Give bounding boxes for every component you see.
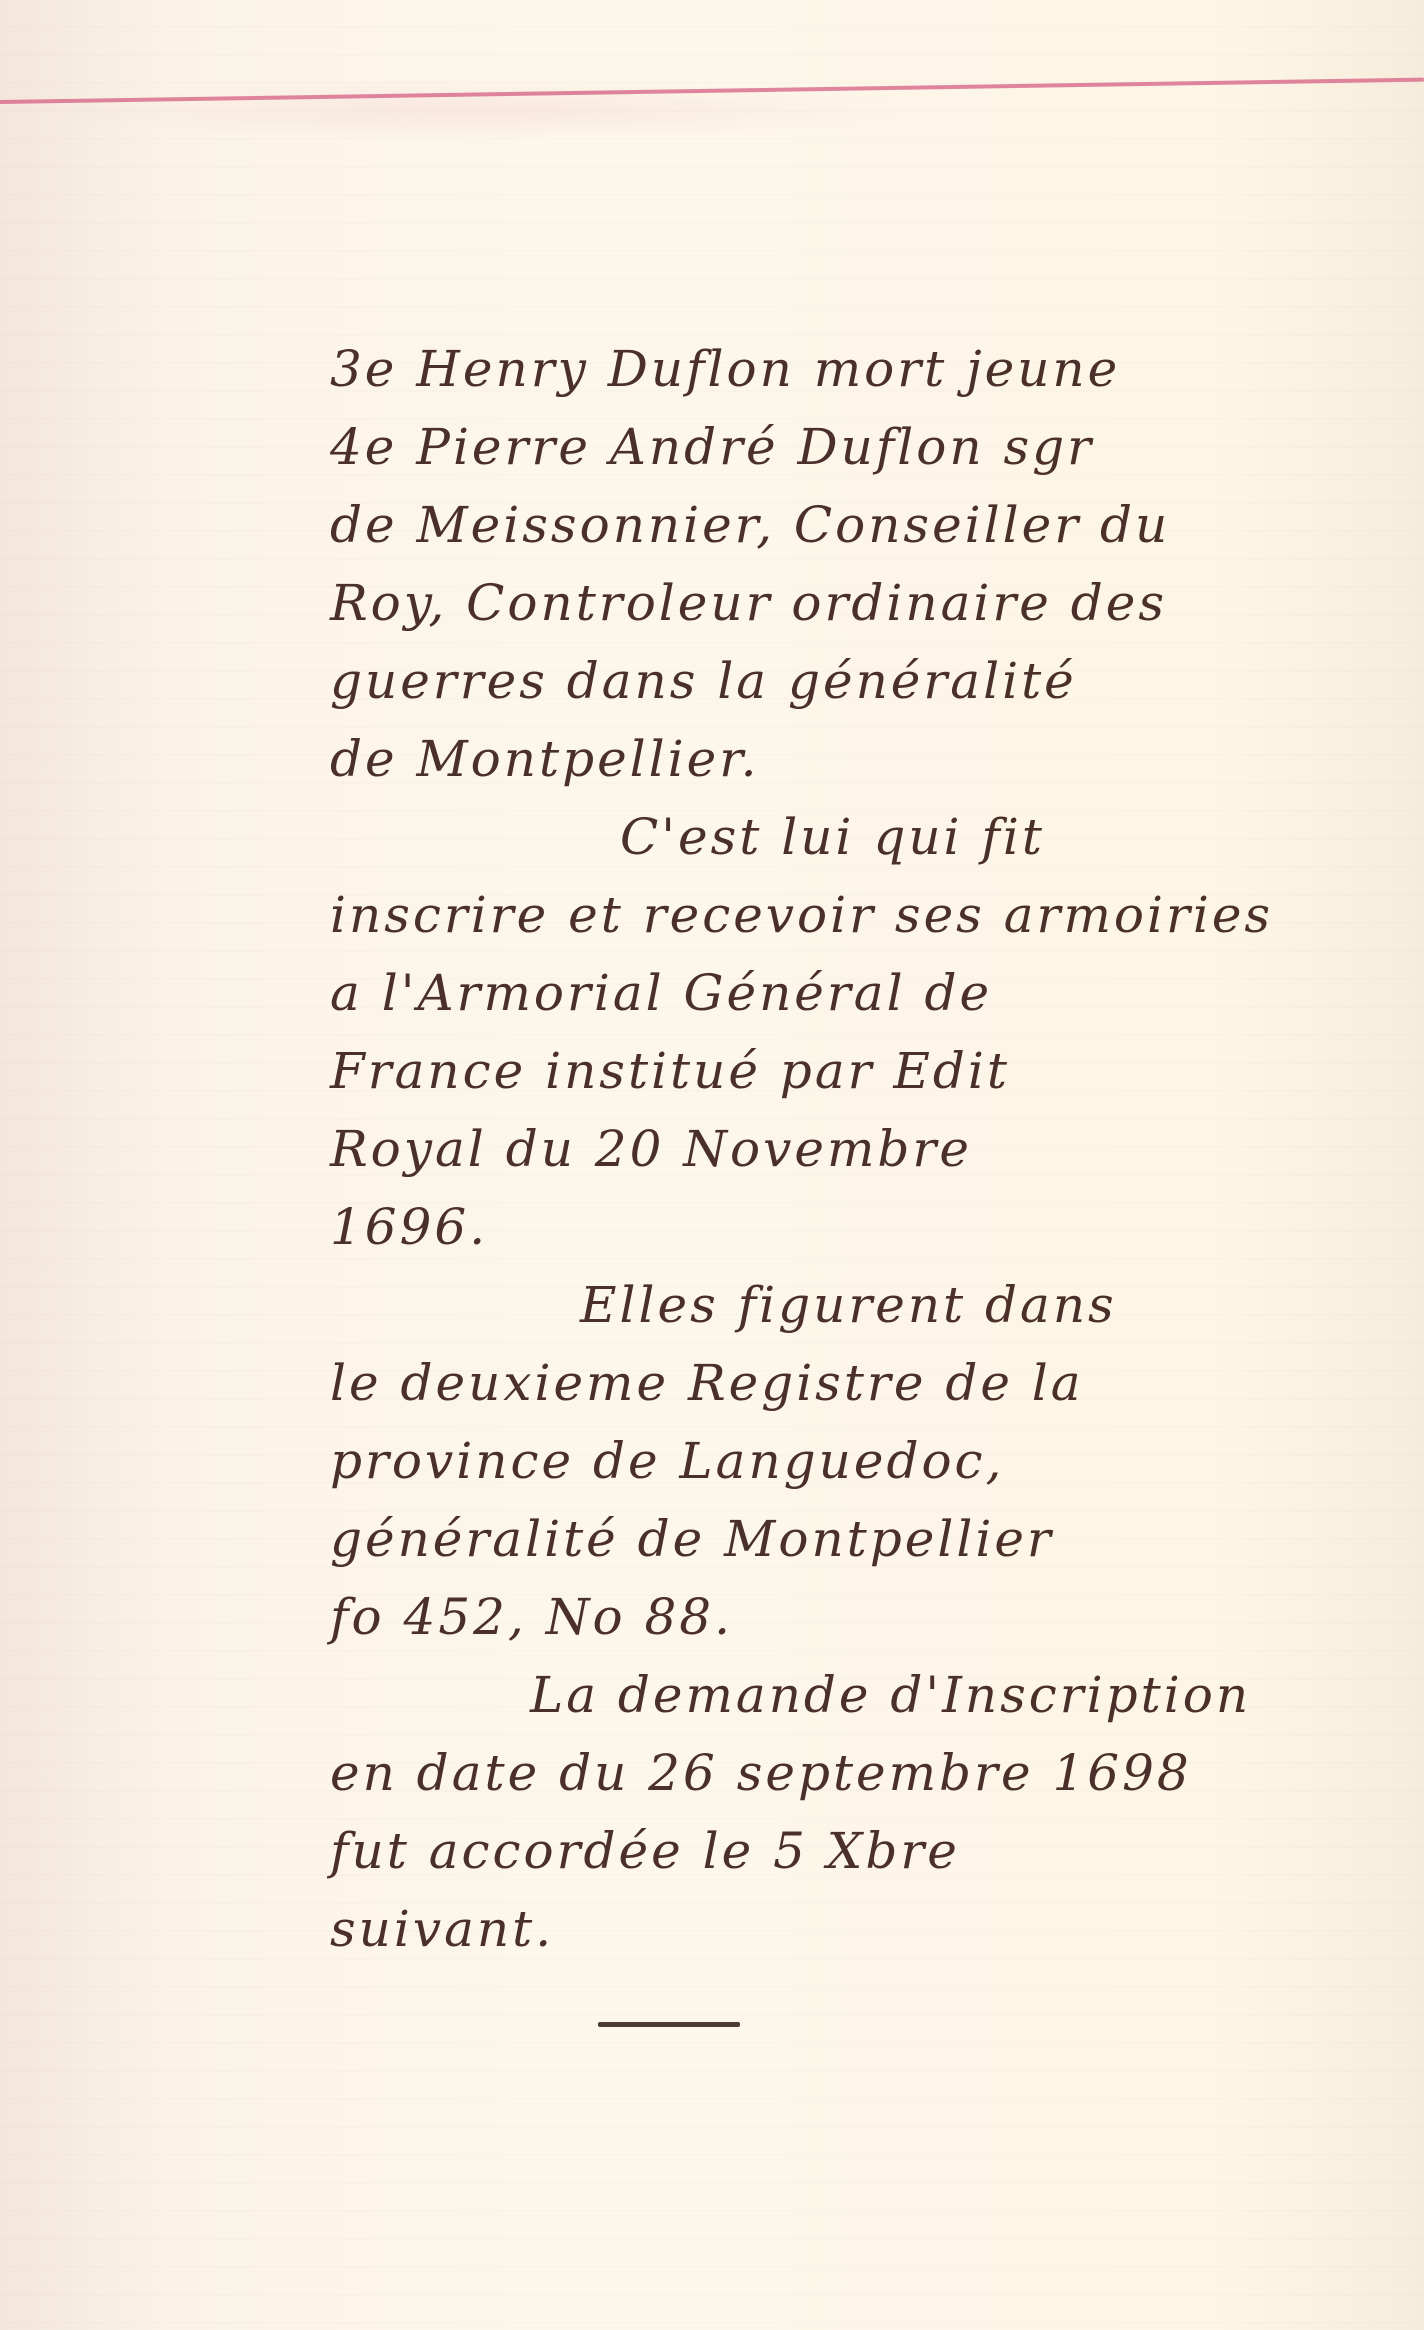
text-line: Elles figurent dans (330, 1266, 1380, 1344)
text-line: Roy, Controleur ordinaire des (330, 564, 1380, 642)
text-line: 4e Pierre André Duflon sgr (330, 408, 1380, 486)
text-line: fo 452, No 88. (330, 1578, 1380, 1656)
text-line: La demande d'Inscription (330, 1656, 1380, 1734)
text-line: fut accordée le 5 Xbre (330, 1812, 1380, 1890)
text-line: 1696. (330, 1188, 1380, 1266)
text-line: en date du 26 septembre 1698 (330, 1734, 1380, 1812)
text-line: guerres dans la généralité (330, 642, 1380, 720)
text-line: Royal du 20 Novembre (330, 1110, 1380, 1188)
text-line: généralité de Montpellier (330, 1500, 1380, 1578)
manuscript-text: 3e Henry Duflon mort jeune 4e Pierre And… (330, 330, 1380, 1968)
text-line: suivant. (330, 1890, 1380, 1968)
text-line: a l'Armorial Général de (330, 954, 1380, 1032)
text-line: inscrire et recevoir ses armoiries (330, 876, 1380, 954)
text-line: 3e Henry Duflon mort jeune (330, 330, 1380, 408)
text-line: France institué par Edit (330, 1032, 1380, 1110)
closing-separator-line (598, 2022, 740, 2027)
text-line: province de Languedoc, (330, 1422, 1380, 1500)
text-line: C'est lui qui fit (330, 798, 1380, 876)
text-line: le deuxieme Registre de la (330, 1344, 1380, 1422)
text-line: de Montpellier. (330, 720, 1380, 798)
text-line: de Meissonnier, Conseiller du (330, 486, 1380, 564)
